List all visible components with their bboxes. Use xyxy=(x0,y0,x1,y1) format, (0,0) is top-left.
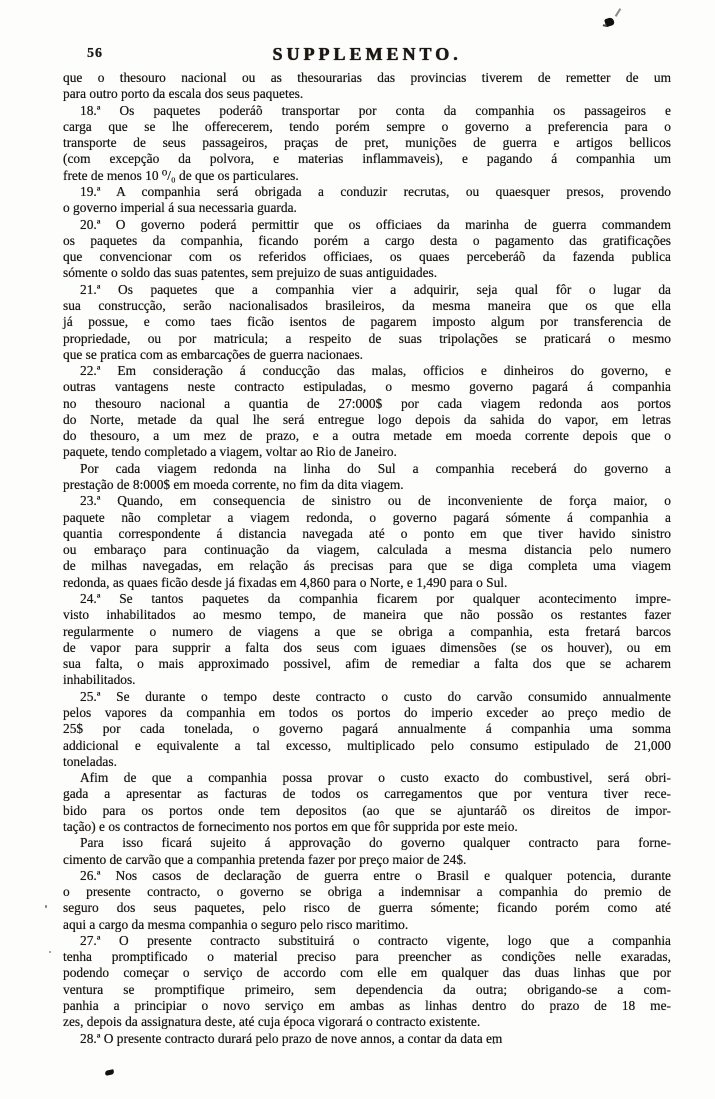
paragraph: 25.ª Se durante o tempo deste contracto … xyxy=(63,689,671,770)
paragraph: 19.ª A companhia será obrigada a conduzi… xyxy=(63,184,671,217)
text-line: pelos vapores da companhia em todos os p… xyxy=(63,705,671,721)
text-line: 25.ª Se durante o tempo deste contracto … xyxy=(63,689,671,705)
text-line: zes, depois da assignatura deste, até cu… xyxy=(63,1014,671,1030)
text-line: no thesouro nacional a quantia de 27:000… xyxy=(63,396,671,412)
text-line: 25$ por cada tonelada, o governo pagará … xyxy=(63,721,671,737)
text-line: sua construcção, serão nacionalisados br… xyxy=(63,298,671,314)
text-line: podendo começar o serviço de accordo com… xyxy=(63,965,671,981)
paragraph: Afim de que a companhia possa provar o c… xyxy=(63,770,671,835)
text-line: ventura se promptifique primeiro, sem de… xyxy=(63,982,671,998)
paragraph: que o thesouro nacional ou as thesourari… xyxy=(63,70,671,103)
text-line: addicional e equivalente a tal excesso, … xyxy=(63,738,671,754)
page-body: que o thesouro nacional ou as thesourari… xyxy=(63,70,671,1047)
text-line: que o thesouro nacional ou as thesourari… xyxy=(63,70,671,86)
text-line: de milhas navegadas, em relação ás preci… xyxy=(63,558,671,574)
page-number: 56 xyxy=(87,46,103,62)
text-line: cimento de carvão que a companhia preten… xyxy=(63,852,671,868)
text-line: propriedade, ou por matricula; a respeit… xyxy=(63,331,671,347)
paragraph: 26.ª Nos casos de declaração de guerra e… xyxy=(63,868,671,933)
text-line: Por cada viagem redonda na linha do Sul … xyxy=(63,461,671,477)
text-line: que se pratica com as embarcações de gue… xyxy=(63,347,671,363)
ink-mark-top-tick xyxy=(615,8,621,17)
text-line: (com excepção da polvora, e materias inf… xyxy=(63,151,671,167)
paragraph: Por cada viagem redonda na linha do Sul … xyxy=(63,461,671,494)
text-line: Afim de que a companhia possa provar o c… xyxy=(63,770,671,786)
paragraph: 20.ª O governo poderá permittir que os o… xyxy=(63,217,671,282)
ink-mark-top-blob xyxy=(604,17,615,27)
ink-speck xyxy=(49,951,51,953)
text-line: seguro dos seus paquetes, pelo risco de … xyxy=(63,900,671,916)
text-line: carga que se lhe offerecerem, tendo poré… xyxy=(63,119,671,135)
ink-speck xyxy=(45,905,47,908)
text-line: redonda, as quaes ficão desde já fixadas… xyxy=(63,575,671,591)
paragraph: 28.ª O presente contracto durará pelo pr… xyxy=(63,1031,671,1047)
text-line: gada a apresentar as facturas de todos o… xyxy=(63,786,671,802)
text-line: para outro porto da escala dos seus paqu… xyxy=(63,86,671,102)
text-line: que convencionar com os referidos offici… xyxy=(63,249,671,265)
text-line: 24.ª Se tantos paquetes da companhia fic… xyxy=(63,591,671,607)
text-line: outras vantagens neste contracto estipul… xyxy=(63,379,671,395)
paragraph: 24.ª Se tantos paquetes da companhia fic… xyxy=(63,591,671,689)
text-line: paquete, tendo completado a viagem, volt… xyxy=(63,444,671,460)
ink-mark-bottom-blob xyxy=(105,1069,115,1076)
text-line: 26.ª Nos casos de declaração de guerra e… xyxy=(63,868,671,884)
text-line: inhabilitados. xyxy=(63,672,671,688)
text-line: 22.ª Em consideração á conducção das mal… xyxy=(63,363,671,379)
text-line: sómente o soldo das suas patentes, sem p… xyxy=(63,265,671,281)
text-line: o presente contracto, o governo se obrig… xyxy=(63,884,671,900)
text-line: sua falta, o mais approximado possivel, … xyxy=(63,656,671,672)
text-line: aqui a cargo da mesma companhia o seguro… xyxy=(63,917,671,933)
text-line: bido para os portos onde tem depositos (… xyxy=(63,803,671,819)
text-line: 27.ª O presente contracto substituirá o … xyxy=(63,933,671,949)
page-header: 56 SUPPLEMENTO. xyxy=(63,44,671,66)
paragraph: 23.ª Quando, em consequencia de sinistro… xyxy=(63,493,671,591)
paragraph: 27.ª O presente contracto substituirá o … xyxy=(63,933,671,1031)
text-line: os paquetes da companhia, ficando porém … xyxy=(63,233,671,249)
text-line: o governo imperial á sua necessaria guar… xyxy=(63,200,671,216)
text-line: toneladas. xyxy=(63,754,671,770)
text-line: do thesouro, a um mez de prazo, e a outr… xyxy=(63,428,671,444)
text-line: 21.ª Os paquetes que a companhia vier a … xyxy=(63,282,671,298)
text-line: 19.ª A companhia será obrigada a conduzi… xyxy=(63,184,671,200)
text-line: 23.ª Quando, em consequencia de sinistro… xyxy=(63,493,671,509)
text-line: frete de menos 10 ⁰/₀ de que os particul… xyxy=(63,168,671,184)
text-line: panhia a principiar o novo serviço em am… xyxy=(63,998,671,1014)
text-line: 20.ª O governo poderá permittir que os o… xyxy=(63,217,671,233)
text-line: ou embaraço para continuação da viagem, … xyxy=(63,542,671,558)
text-line: de vapor para supprir a falta dos seus c… xyxy=(63,640,671,656)
text-line: 28.ª O presente contracto durará pelo pr… xyxy=(63,1031,671,1047)
paragraph: 22.ª Em consideração á conducção das mal… xyxy=(63,363,671,461)
text-line: transporte de seus passageiros, praças d… xyxy=(63,135,671,151)
paragraph: 18.ª Os paquetes poderáõ transportar por… xyxy=(63,103,671,184)
text-line: tenha promptificado o material preciso p… xyxy=(63,949,671,965)
document-page: 56 SUPPLEMENTO. que o thesouro nacional … xyxy=(0,0,715,1099)
ink-speck xyxy=(493,1042,495,1044)
text-line: quantia correspondente á distancia naveg… xyxy=(63,526,671,542)
text-line: tação) e os contractos de fornecimento n… xyxy=(63,819,671,835)
text-line: regularmente o numero de viagens a que s… xyxy=(63,624,671,640)
text-line: Para isso ficará sujeito á approvação do… xyxy=(63,835,671,851)
text-line: visto inhabilitados ao mesmo tempo, de m… xyxy=(63,607,671,623)
paragraph: Para isso ficará sujeito á approvação do… xyxy=(63,835,671,868)
paragraph: 21.ª Os paquetes que a companhia vier a … xyxy=(63,282,671,363)
text-line: já possue, e como taes ficão isentos de … xyxy=(63,314,671,330)
text-line: do Norte, metade da qual lhe será entreg… xyxy=(63,412,671,428)
text-line: prestação de 8:000$ em moeda corrente, n… xyxy=(63,477,671,493)
running-title: SUPPLEMENTO. xyxy=(63,44,671,65)
text-line: 18.ª Os paquetes poderáõ transportar por… xyxy=(63,103,671,119)
text-line: paquete não completar a viagem redonda, … xyxy=(63,510,671,526)
